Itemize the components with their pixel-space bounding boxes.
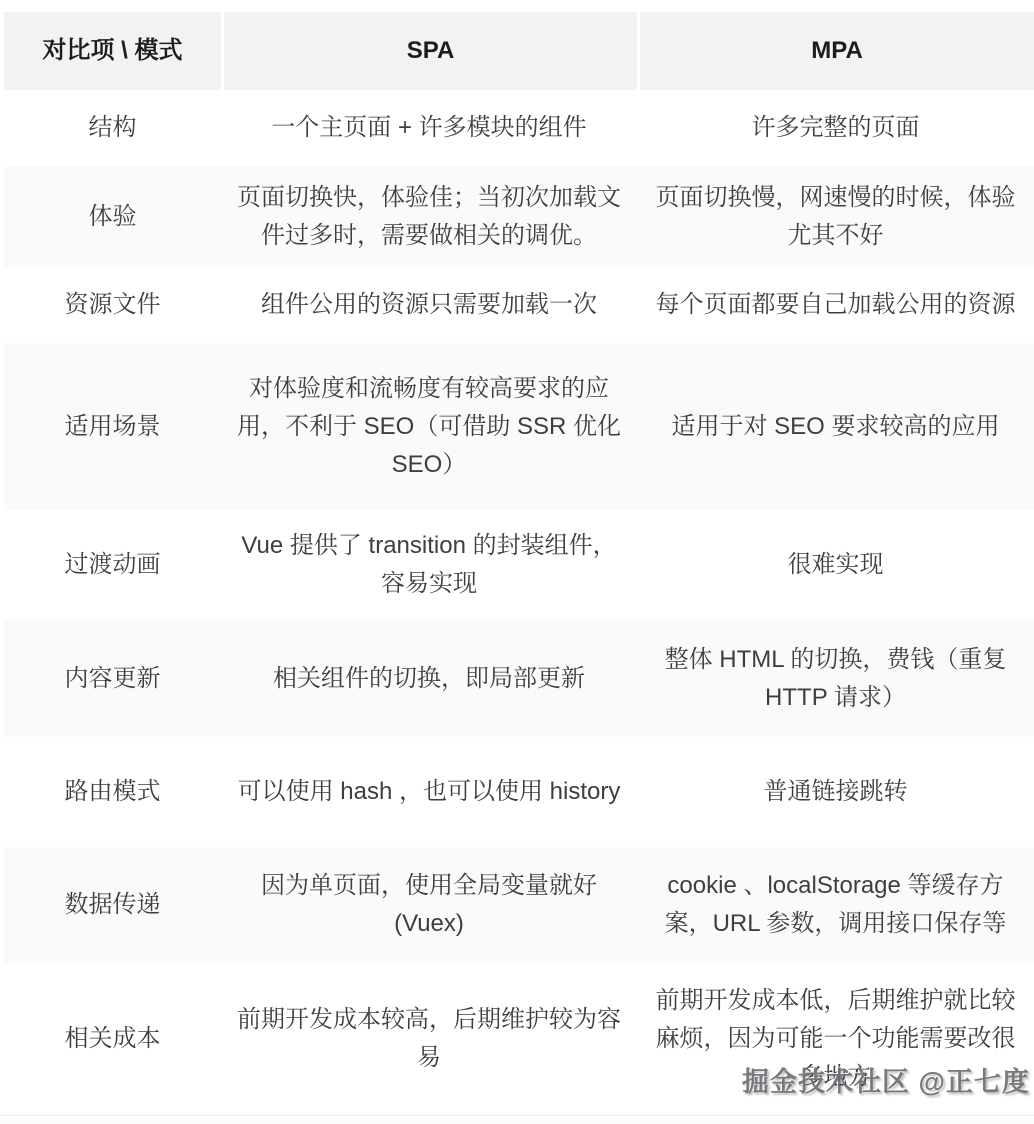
row-label-cell: 体验 — [4, 166, 221, 267]
spa-mpa-comparison-table: 对比项 \ 模式 SPA MPA 结构 一个主页面 + 许多模块的组件 许多完整… — [4, 12, 1034, 1115]
table-row-content-update: 内容更新 相关组件的切换，即局部更新 整体 HTML 的切换，费钱（重复 HTT… — [4, 620, 1034, 737]
header-cell-compare-item: 对比项 \ 模式 — [4, 12, 221, 90]
spa-cell: 对体验度和流畅度有较高要求的应用，不利于 SEO（可借助 SSR 优化 SEO） — [221, 343, 637, 510]
row-label-cell: 相关成本 — [4, 963, 221, 1115]
spa-cell: 可以使用 hash ，也可以使用 history — [221, 737, 637, 847]
table-row-use-cases: 适用场景 对体验度和流畅度有较高要求的应用，不利于 SEO（可借助 SSR 优化… — [4, 343, 1034, 510]
table-row-transition-animation: 过渡动画 Vue 提供了 transition 的封装组件，容易实现 很难实现 — [4, 510, 1034, 620]
mpa-cell: 整体 HTML 的切换，费钱（重复 HTTP 请求） — [637, 620, 1034, 737]
spa-cell: Vue 提供了 transition 的封装组件，容易实现 — [221, 510, 637, 620]
mpa-cell: 适用于对 SEO 要求较高的应用 — [637, 343, 1034, 510]
spa-cell: 前期开发成本较高，后期维护较为容易 — [221, 963, 637, 1115]
spa-cell: 一个主页面 + 许多模块的组件 — [221, 90, 637, 166]
row-label-cell: 路由模式 — [4, 737, 221, 847]
bottom-strip — [0, 1115, 1034, 1124]
table-header-row: 对比项 \ 模式 SPA MPA — [4, 12, 1034, 90]
spa-cell: 组件公用的资源只需要加载一次 — [221, 267, 637, 343]
spa-cell: 相关组件的切换，即局部更新 — [221, 620, 637, 737]
page: 对比项 \ 模式 SPA MPA 结构 一个主页面 + 许多模块的组件 许多完整… — [0, 0, 1034, 1124]
row-label-cell: 过渡动画 — [4, 510, 221, 620]
table-row-experience: 体验 页面切换快，体验佳；当初次加载文件过多时，需要做相关的调优。 页面切换慢，… — [4, 166, 1034, 267]
header-cell-mpa: MPA — [637, 12, 1034, 90]
juejin-watermark: 掘金技术社区 @正七度 — [742, 1060, 1030, 1099]
mpa-cell: 普通链接跳转 — [637, 737, 1034, 847]
mpa-cell: 每个页面都要自己加载公用的资源 — [637, 267, 1034, 343]
mpa-cell: cookie 、localStorage 等缓存方案，URL 参数，调用接口保存… — [637, 847, 1034, 963]
mpa-cell: 很难实现 — [637, 510, 1034, 620]
row-label-cell: 资源文件 — [4, 267, 221, 343]
row-label-cell: 内容更新 — [4, 620, 221, 737]
mpa-cell: 许多完整的页面 — [637, 90, 1034, 166]
row-label-cell: 结构 — [4, 90, 221, 166]
table-row-data-passing: 数据传递 因为单页面，使用全局变量就好 (Vuex) cookie 、local… — [4, 847, 1034, 963]
row-label-cell: 适用场景 — [4, 343, 221, 510]
header-cell-spa: SPA — [221, 12, 637, 90]
table-row-routing-mode: 路由模式 可以使用 hash ，也可以使用 history 普通链接跳转 — [4, 737, 1034, 847]
spa-cell: 页面切换快，体验佳；当初次加载文件过多时，需要做相关的调优。 — [221, 166, 637, 267]
mpa-cell: 页面切换慢，网速慢的时候，体验尤其不好 — [637, 166, 1034, 267]
row-label-cell: 数据传递 — [4, 847, 221, 963]
table-row-structure: 结构 一个主页面 + 许多模块的组件 许多完整的页面 — [4, 90, 1034, 166]
table-row-resource-files: 资源文件 组件公用的资源只需要加载一次 每个页面都要自己加载公用的资源 — [4, 267, 1034, 343]
spa-cell: 因为单页面，使用全局变量就好 (Vuex) — [221, 847, 637, 963]
